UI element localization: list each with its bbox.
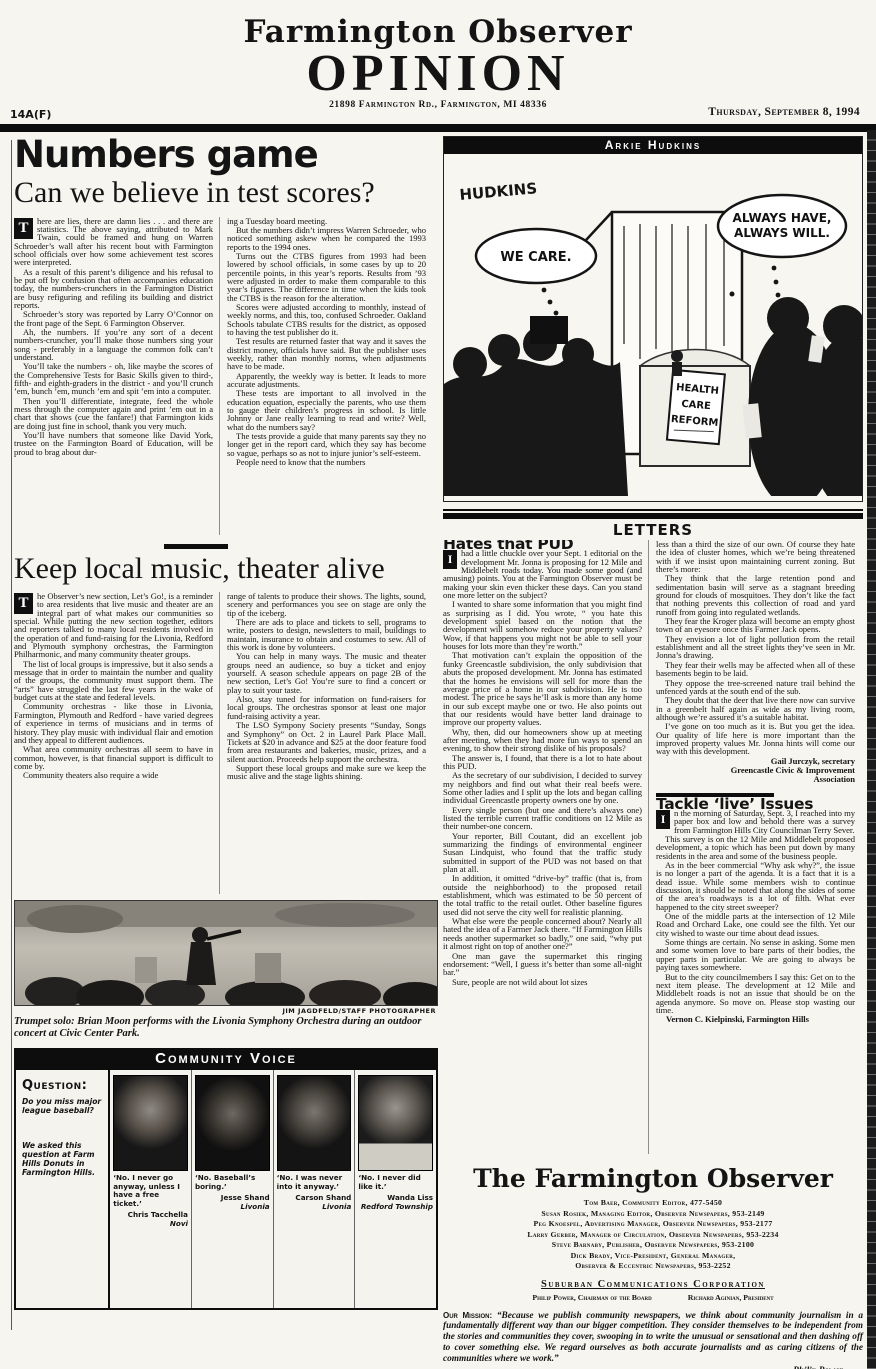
respondent-city: Livonia [277,1202,352,1211]
letters-title: LETTERS [443,519,863,540]
community-voice-question-cell: Question: Do you miss major league baseb… [16,1070,110,1308]
mission-statement: Our Mission: “Because we publish communi… [443,1311,863,1365]
paragraph: Tom Baer, Community Editor, 477-5450 [443,1198,863,1209]
letter1-dropcap: I [443,550,457,569]
photo-caption-body: Brian Moon performs with the Livonia Sym… [14,1016,421,1039]
paragraph: Then you’ll differentiate, integrate, fe… [14,397,213,430]
letters-body: Hates that PUD I had a little chuckle ov… [443,540,863,1154]
paragraph: Dick Brady, Vice-President, General Mana… [443,1251,863,1262]
left-column: Numbers game Can we believe in test scor… [14,136,438,1310]
paragraph: Apparently, the weekly way is better. It… [227,372,426,389]
article2-col1: he Observer’s new section, Let’s Go!, is… [14,592,213,780]
respondent-city: Livonia [195,1202,270,1211]
speech-bubble-left: WE CARE. [500,250,571,265]
officer-president: Richard Aginian, President [688,1293,774,1302]
paragraph: Also, stay tuned for information on fund… [227,695,426,720]
scan-edge-strip [867,130,876,1369]
paragraph: You can help in many ways. The music and… [227,652,426,694]
response-cell: ‘No. I was never into it anyway.’ Carson… [274,1070,356,1308]
paragraph: These tests are important to all involve… [227,389,426,431]
paragraph: They think that the large retention pond… [656,574,855,616]
paragraph: They oppose the tree-screened nature tra… [656,679,855,696]
corporation-officers: Philip Power, Chairman of the BoardRicha… [443,1293,863,1302]
paragraph: But to the city councilmembers I say thi… [656,973,855,1015]
response-quote: ‘No. I never did like it.’ [358,1174,433,1191]
response-quote: ‘No. Baseball’s boring.’ [195,1174,270,1191]
paragraph: he Observer’s new section, Let’s Go!, is… [14,592,213,659]
paragraph: Community orchestras - like those in Liv… [14,702,213,744]
paragraph: The LSO Sympony Society presents “Sunday… [227,721,426,763]
paragraph: Every single person (but one and there’s… [443,806,642,831]
cartoon-image: HUDKINS WE CARE. ALWAYS HAVE, ALWAYS WIL… [444,154,862,496]
letter1-signature-org2: Association [656,775,855,783]
paragraph: In addition, it omitted “drive-by” traff… [443,874,642,916]
paragraph: They envision a lot of light pollution f… [656,635,855,660]
date-line: Thursday, September 8, 1994 [708,106,860,118]
officer-chairman: Philip Power, Chairman of the Board [532,1293,651,1302]
response-quote: ‘No. I never go anyway, unless I have a … [113,1174,188,1208]
letters-header: LETTERS [443,509,863,540]
paragraph: People need to know that the numbers [227,458,426,466]
concert-photo-image [15,901,437,1005]
response-quote: ‘No. I was never into it anyway.’ [277,1174,352,1191]
paragraph: Steve Barnaby, Publisher, Observer Newsp… [443,1240,863,1251]
respondent-name: Jesse Shand [195,1193,270,1202]
staff-lines: Tom Baer, Community Editor, 477-5450Susa… [443,1198,863,1272]
letter1-col2: less than a third the size of our own. O… [656,540,855,756]
paragraph: Community theaters also require a wide [14,771,213,779]
letter2-heading: Tackle ‘live’ Issues [656,800,855,808]
paragraph: You’ll take the numbers - oh, like maybe… [14,362,213,395]
paragraph: less than a third the size of our own. O… [656,540,855,573]
paragraph: One man gave the supermarket this ringin… [443,952,642,977]
corporation-name: Suburban Communications Corporation [443,1279,863,1290]
paragraph: They fear their wells may be affected wh… [656,661,855,678]
paragraph: here are lies, there are damn lies . . .… [14,217,213,267]
photo-caption: Trumpet solo: Brian Moon performs with t… [14,1016,438,1040]
paragraph: had a little chuckle over your Sept. 1 e… [443,549,642,599]
paragraph: This survey is on the 12 Mile and Middle… [656,835,855,860]
paragraph: That motivation can’t explain the opposi… [443,651,642,726]
paragraph: Larry Gerber, Manager of Circulation, Ob… [443,1230,863,1241]
letter1-signature-org: Greencastle Civic & Improvement [656,766,855,774]
paragraph: n the morning of Saturday, Sept. 3, I re… [656,809,855,834]
paragraph: There are ads to place and tickets to se… [227,618,426,651]
paragraph: Sure, people are not wild about lot size… [443,978,642,986]
paragraph: The answer is, I found, that there is a … [443,754,642,771]
response-cell: ‘No. I never go anyway, unless I have a … [110,1070,192,1308]
masthead: Farmington Observer OPINION 21898 Farmin… [0,14,876,110]
article2-body: T he Observer’s new section, Let’s Go!, … [14,592,438,894]
concert-photo [14,900,438,1006]
paragraph: Ah, the numbers. If you’re any sort of a… [14,328,213,361]
paragraph: One of the middle parts at the intersect… [656,912,855,937]
scan-edge-line [11,140,12,1330]
respondent-city: Novi [113,1219,188,1228]
article2-headline: Keep local music, theater alive [14,553,438,585]
section-title: OPINION [0,52,876,96]
article1-col1: here are lies, there are damn lies . . .… [14,217,213,457]
letter2-paragraphs: n the morning of Saturday, Sept. 3, I re… [656,809,855,1014]
paragraph: But the numbers didn’t impress Warren Sc… [227,226,426,251]
article1-dropcap: T [14,218,33,239]
paragraph: As a result of this parent’s diligence a… [14,268,213,310]
letter2-signature: Vernon C. Kielpinski, Farmington Hills [656,1015,855,1023]
respondent-city: Redford Township [358,1202,433,1211]
article1-kicker: Numbers game [14,136,438,173]
letter1-heading: Hates that PUD [443,540,642,548]
paragraph: Susan Rosiek, Managing Editor, Observer … [443,1209,863,1220]
paragraph: Scores were adjusted according to monthl… [227,303,426,336]
paragraph: As the secretary of our subdivision, I d… [443,771,642,804]
respondent-photo [113,1075,188,1171]
cartoonist-banner: Arkie Hudkins [444,137,862,154]
photo-credit: JIM JAGDFELD/STAFF PHOTOGRAPHER [14,1007,436,1015]
paragraph: Why, then, did our homeowners show up at… [443,728,642,753]
response-cell: ‘No. Baseball’s boring.’ Jesse Shand Liv… [192,1070,274,1308]
article1-col2: ing a Tuesday board meeting.But the numb… [220,217,426,535]
letter1-col1: had a little chuckle over your Sept. 1 e… [443,549,642,986]
paragraph: I wanted to share some information that … [443,600,642,650]
paragraph: Support these local groups and make sure… [227,764,426,781]
article1-headline: Can we believe in test scores? [14,177,438,209]
paragraph: You’ll have numbers that someone like Da… [14,431,213,456]
paragraph: The list of local groups is impressive, … [14,660,213,702]
question-label: Question: [22,1078,102,1093]
article2-col2: range of talents to produce their shows.… [220,592,426,894]
paragraph: Schroeder’s story was reported by Larry … [14,310,213,327]
paragraph: Observer & Eccentric Newspapers, 953-225… [443,1261,863,1272]
question-text: Do you miss major league baseball? [22,1097,102,1115]
paragraph: Your reporter, Bill Coutant, did an exce… [443,832,642,874]
paragraph: Test results are returned faster that wa… [227,337,426,370]
speech-bubble-right-line2: ALWAYS WILL. [734,226,830,240]
community-voice-box: Question: Do you miss major league baseb… [14,1070,438,1310]
letter1-signature: Gail Jurczyk, secretary [656,757,855,765]
paragraph: What else were the people concerned abou… [443,917,642,950]
response-cell: ‘No. I never did like it.’ Wanda Liss Re… [355,1070,436,1308]
page-number: 14A(F) [10,108,51,121]
respondent-name: Carson Shand [277,1193,352,1202]
paragraph: range of talents to produce their shows.… [227,592,426,617]
respondent-photo [358,1075,433,1171]
paragraph: Turns out the CTBS figures from 1993 had… [227,252,426,302]
respondent-name: Chris Tacchella [113,1210,188,1219]
community-voice-banner: Community Voice [14,1048,438,1070]
question-context: We asked this question at Farm Hills Don… [22,1141,102,1177]
masthead-rule [0,124,876,132]
paragraph: They fear the Kroger plaza will become a… [656,617,855,634]
respondent-photo [277,1075,352,1171]
staff-box-title: The Farmington Observer [443,1164,863,1193]
paragraph: The tests provide a guide that many pare… [227,432,426,457]
article2-dropcap: T [14,593,33,614]
paragraph: As in the beer commercial “Why ask why?”… [656,861,855,911]
section-divider [164,544,228,549]
paragraph: ing a Tuesday board meeting. [227,217,426,225]
speech-bubble-right-line1: ALWAYS HAVE, [733,211,832,225]
mission-label: Our Mission: [443,1311,492,1320]
paragraph: Some things are certain. No sense in ask… [656,938,855,971]
paragraph: I’ve gone on too much as it is. But you … [656,722,855,755]
staff-box: The Farmington Observer Tom Baer, Commun… [443,1164,863,1302]
paragraph: Peg Knoespel, Advertising Manager, Obser… [443,1219,863,1230]
photo-caption-lead: Trumpet solo: [14,1016,75,1027]
editorial-cartoon: Arkie Hudkins HUDKINS WE CARE. ALWAYS HA… [443,136,863,502]
mission-text: “Because we publish community newspapers… [443,1311,863,1364]
respondent-photo [195,1075,270,1171]
paragraph: They doubt that the deer that live there… [656,696,855,721]
right-column: Arkie Hudkins HUDKINS WE CARE. ALWAYS HA… [443,136,863,1369]
letter2-dropcap: I [656,810,670,829]
respondent-name: Wanda Liss [358,1193,433,1202]
paragraph: What area community orchestras all seem … [14,745,213,770]
article1-body: T here are lies, there are damn lies . .… [14,217,438,535]
